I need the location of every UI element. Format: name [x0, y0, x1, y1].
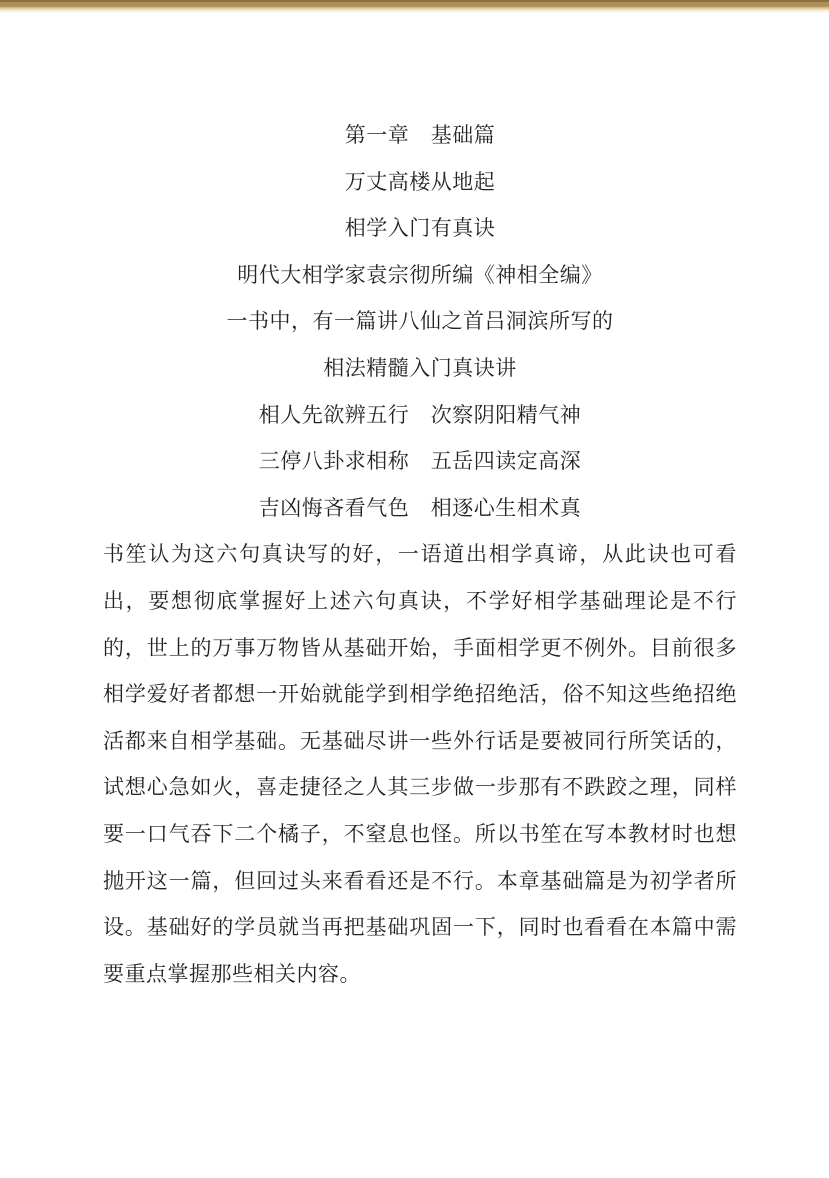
- body-paragraph: 书笙认为这六句真诀写的好，一语道出相学真谛，从此诀也可看出，要想彻底掌握好上述六…: [103, 531, 737, 997]
- subtitle-line-5: 相法精髓入门真诀讲: [103, 345, 737, 392]
- document-page-content: 第一章 基础篇 万丈高楼从地起 相学入门有真诀 明代大相学家袁宗彻所编《神相全编…: [0, 13, 829, 997]
- page-top-border: [0, 0, 829, 13]
- subtitle-line-2: 相学入门有真诀: [103, 205, 737, 252]
- chapter-heading: 第一章 基础篇: [103, 112, 737, 159]
- subtitle-line-3: 明代大相学家袁宗彻所编《神相全编》: [103, 252, 737, 299]
- verse-line-2: 三停八卦求相称 五岳四读定高深: [103, 438, 737, 485]
- subtitle-line-4: 一书中，有一篇讲八仙之首吕洞滨所写的: [103, 298, 737, 345]
- verse-line-3: 吉凶悔吝看气色 相逐心生相术真: [103, 485, 737, 532]
- subtitle-line-1: 万丈高楼从地起: [103, 159, 737, 206]
- verse-line-1: 相人先欲辨五行 次察阴阳精气神: [103, 392, 737, 439]
